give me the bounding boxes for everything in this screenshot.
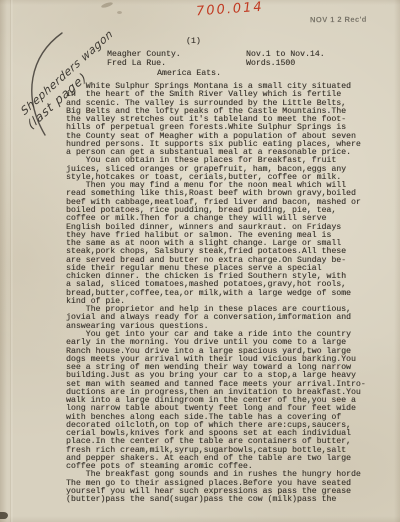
classification-code: 700.014 bbox=[196, 0, 265, 19]
paper-speck bbox=[101, 1, 114, 9]
scanned-manuscript-page: 700.014 NOV 1 2 Rec'd Shepherders wagon … bbox=[0, 0, 400, 522]
paper-crease bbox=[10, 0, 13, 522]
page-number: (1) bbox=[186, 38, 201, 46]
paper-speck bbox=[117, 11, 122, 14]
essay-title: America Eats. bbox=[157, 70, 221, 78]
paper-speck bbox=[0, 512, 8, 519]
received-date-stamp: NOV 1 2 Rec'd bbox=[310, 15, 367, 24]
word-count-line: Words.1500 bbox=[246, 60, 295, 68]
author-line: Fred La Rue. bbox=[107, 60, 166, 68]
typewritten-body-text: White Sulphur Springs Montana is a small… bbox=[66, 83, 366, 505]
